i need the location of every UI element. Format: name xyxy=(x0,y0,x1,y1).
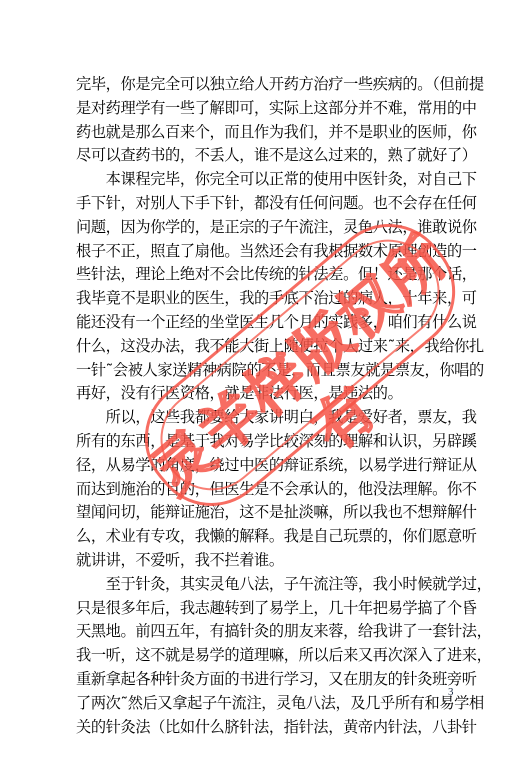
text-line: 我一听，这不就是易学的道理嘛，所以后来又再次深入了进来， xyxy=(76,644,469,668)
text-line: 药也就是那么百来个，而且作为我们，并不是职业的医师，你 xyxy=(76,121,469,145)
text-line: 是对药理学有一些了解即可，实际上这部分并不难，常用的中 xyxy=(76,97,469,121)
text-line: 重新拿起各种针灸方面的书进行学习，又在朋友的针灸班旁听 xyxy=(76,668,469,692)
text-line: 天黑地。前四五年，有搞针灸的朋友来蓉，给我讲了一套针法， xyxy=(76,620,469,644)
text-line: 尽可以查药书的，不丢人，谁不是这么过来的，熟了就好了） xyxy=(76,144,469,168)
text-line: 径，从易学的角度，绕过中医的辩证系统，以易学进行辩证从 xyxy=(76,454,469,478)
text-line: 能还没有一个正经的坐堂医生几个月的实践多，咱们有什么说 xyxy=(76,311,469,335)
text-line: 至于针灸，其实灵龟八法，子午流注等，我小时候就学过， xyxy=(76,573,469,597)
text-line: 完毕，你是完全可以独立给人开药方治疗一些疾病的。（但前提 xyxy=(76,73,469,97)
text-line: 了两次˜然后又拿起子午流注，灵龟八法，及几乎所有和易学相 xyxy=(76,692,469,716)
text-line: 就讲讲，不爱听，我不拦着谁。 xyxy=(76,549,469,573)
text-line: 手下针，对别人下手下针，都没有任何问题。也不会存在任何 xyxy=(76,192,469,216)
text-line: 问题，因为你学的，是正宗的子午流注，灵龟八法，谁敢说你 xyxy=(76,216,469,240)
text-line: 再好，没有行医资格，就是非法行医，是违法的。 xyxy=(76,382,469,406)
text-line: 关的针灸法（比如什么脐针法，指针法，黄帝内针法，八卦针 xyxy=(76,716,469,740)
text-line: 只是很多年后，我志趣转到了易学上，几十年把易学搞了个昏 xyxy=(76,597,469,621)
text-line: 根子不正，照直了扇他。当然还会有我根据数术原理创造的一 xyxy=(76,240,469,264)
text-line: 些针法，理论上绝对不会比传统的针法差。但！还是那个话， xyxy=(76,263,469,287)
text-line: 所以，这些我都要给大家讲明白，我是爱好者，票友，我 xyxy=(76,406,469,430)
text-line: 望闻问切，能辩证施治，这不是扯淡嘛，所以我也不想辩解什 xyxy=(76,501,469,525)
body-text: 完毕，你是完全可以独立给人开药方治疗一些疾病的。（但前提 是对药理学有一些了解即… xyxy=(76,73,469,739)
text-line: 而达到施治的目的，但医生是不会承认的，他没法理解。你不 xyxy=(76,478,469,502)
document-page: 完毕，你是完全可以独立给人开药方治疗一些疾病的。（但前提 是对药理学有一些了解即… xyxy=(0,0,529,767)
text-line: 一针˜会被人家送精神病院的不是，而且票友就是票友，你唱的 xyxy=(76,359,469,383)
text-line: 我毕竟不是职业的医生，我的手底下治过的病人，十年来，可 xyxy=(76,287,469,311)
text-line: 么，术业有专攻，我懒的解释。我是自己玩票的，你们愿意听 xyxy=(76,525,469,549)
text-line: 什么，这没办法，我不能大街上随便拉个人过来˜来，我给你扎 xyxy=(76,335,469,359)
page-number: 3 xyxy=(448,686,454,698)
text-line: 所有的东西，是基于我对易学比较深刻的理解和认识，另辟蹊 xyxy=(76,430,469,454)
text-line: 本课程完毕，你完全可以正常的使用中医针灸，对自己下 xyxy=(76,168,469,192)
